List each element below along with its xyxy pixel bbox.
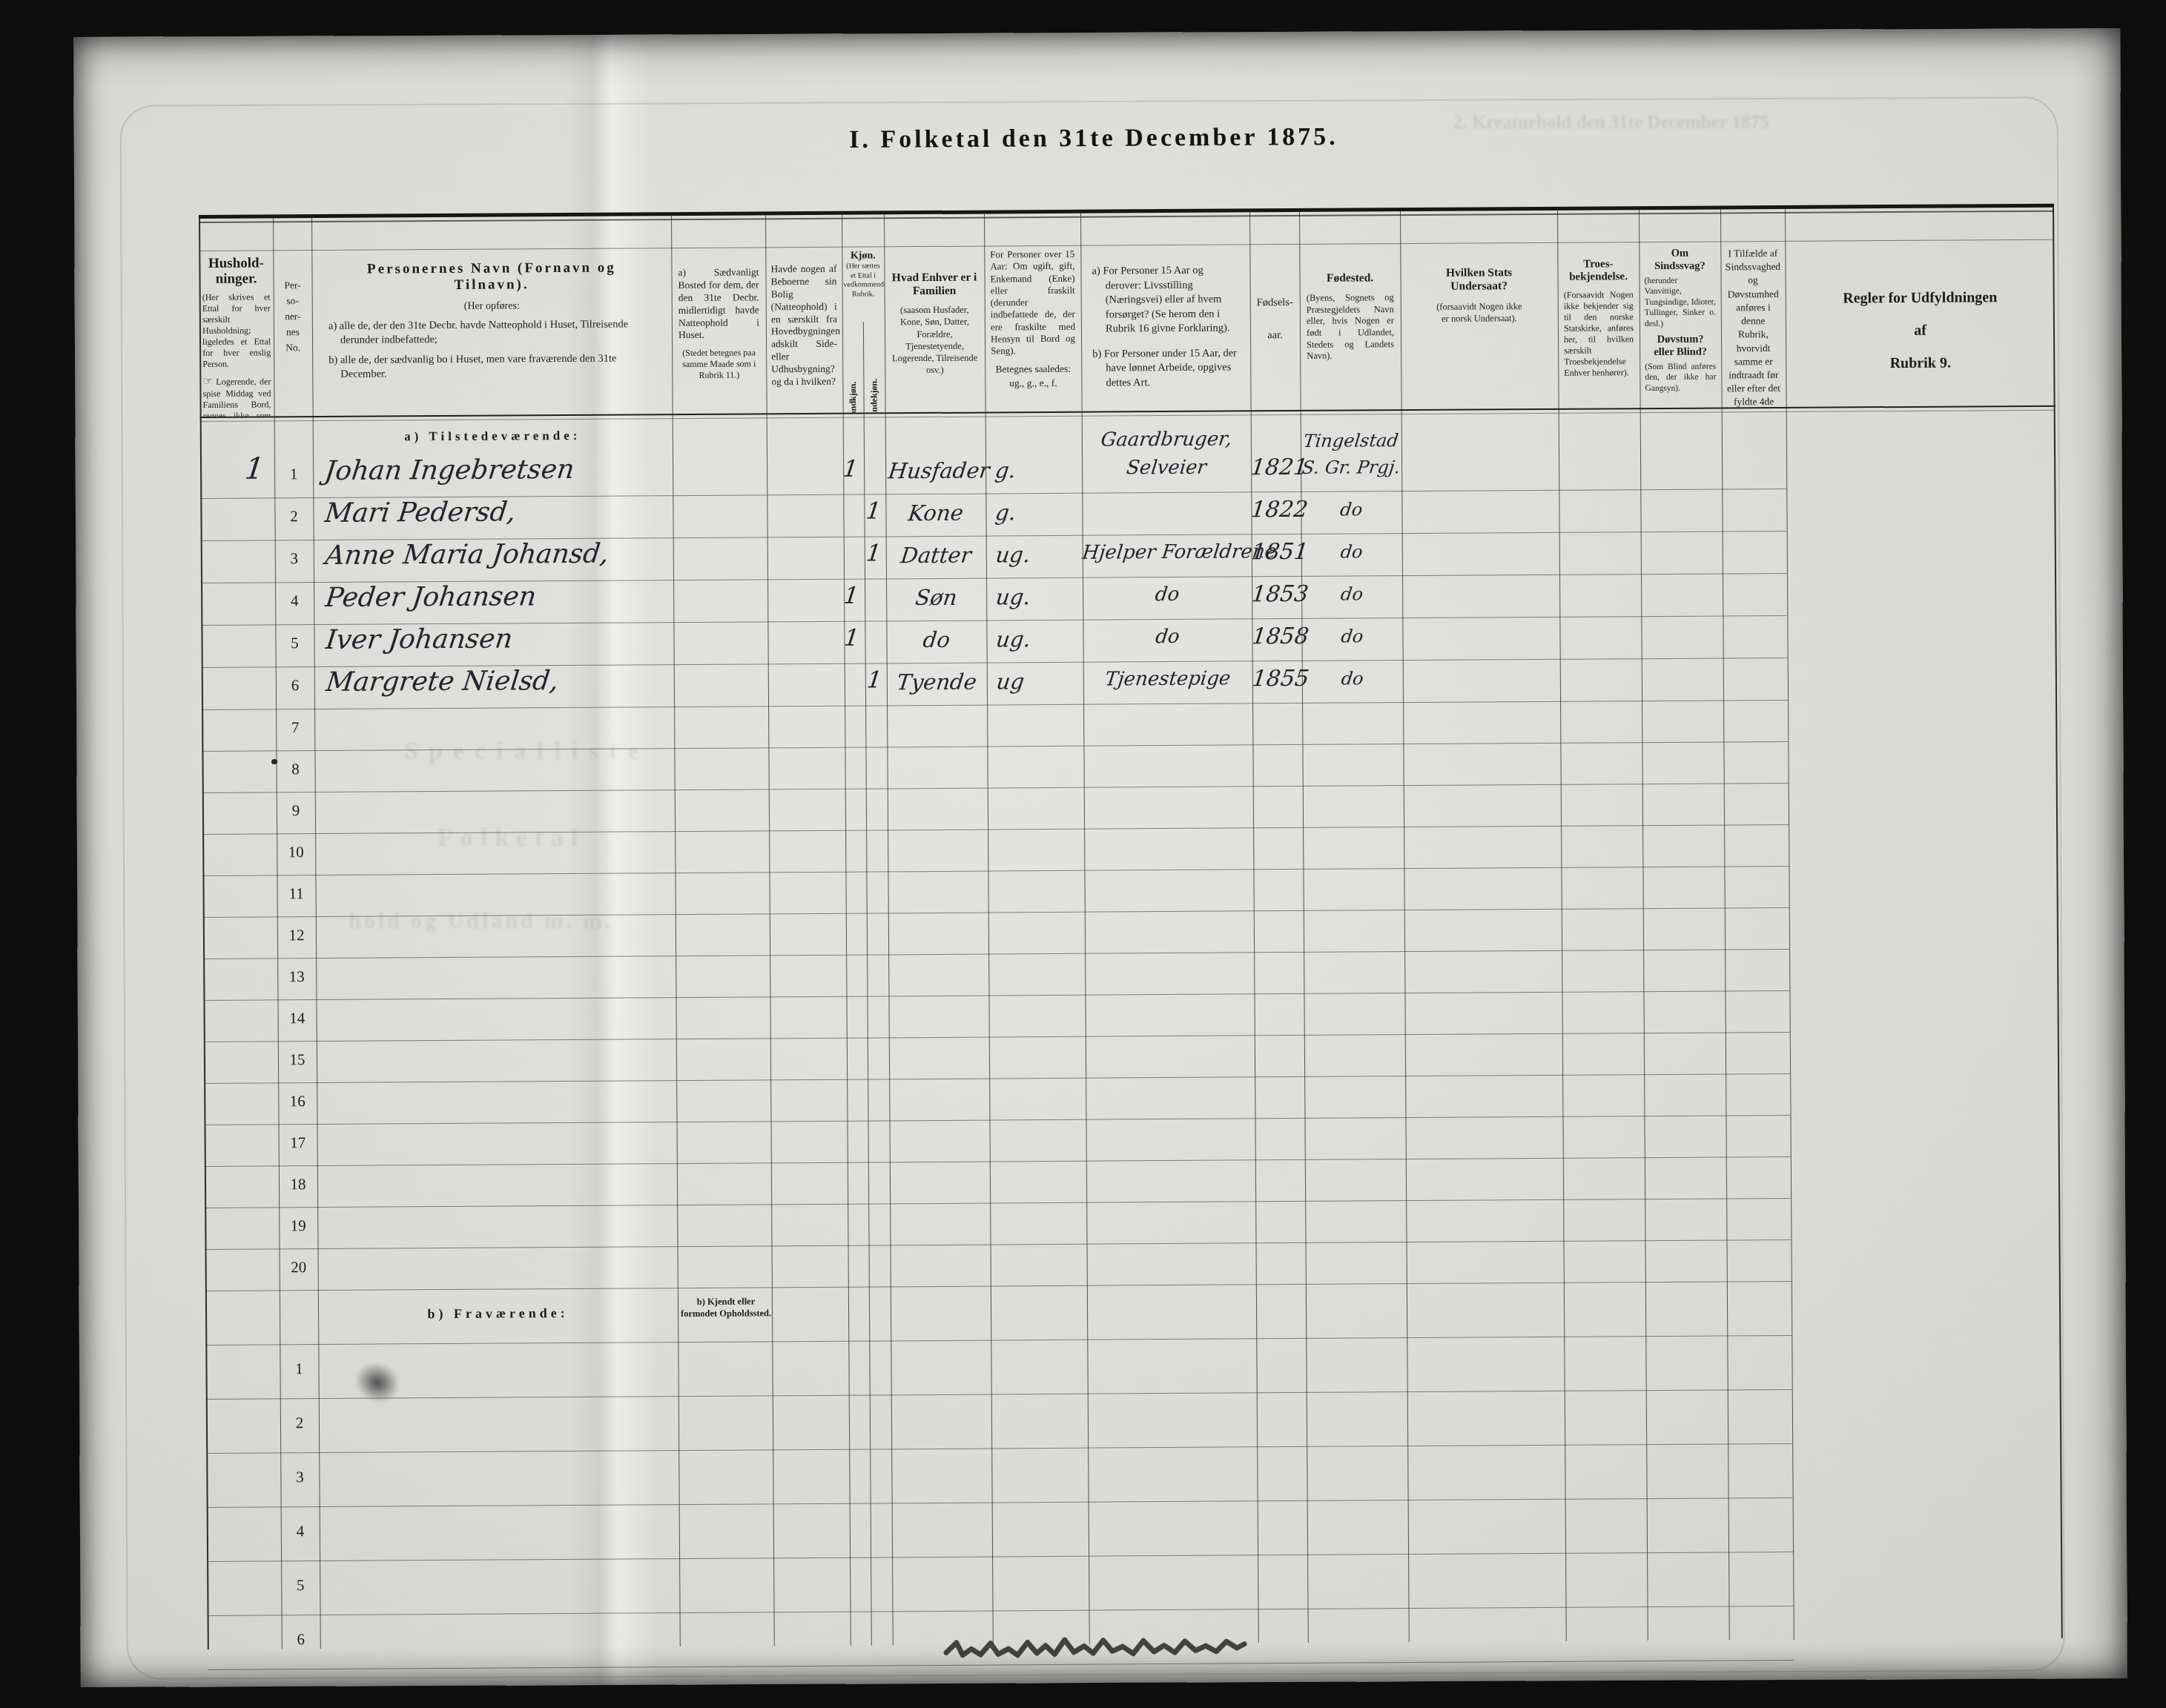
- header-title: Fødested.: [1306, 271, 1393, 285]
- rules-paragraph: [1809, 425, 2015, 426]
- occupation: Tjenestepige: [1082, 667, 1253, 690]
- person-name: Johan Ingebretsen: [323, 454, 576, 486]
- header-item-a: a) For Personer 15 Aar og derover: Livss…: [1092, 263, 1239, 337]
- section-b-band: b) Fraværende: b) Kjendt eller formodet …: [205, 1282, 1792, 1345]
- row-number: 10: [277, 843, 315, 861]
- section-b-note: b) Kjendt eller formodet Opholdssted.: [680, 1295, 772, 1320]
- header-title: Fødsels- aar.: [1250, 287, 1301, 351]
- column-header-households: Hushold- ninger. (Her skrives et Ettal f…: [199, 250, 274, 417]
- row-number: 19: [279, 1217, 317, 1235]
- marital-status: ug.: [994, 542, 1068, 568]
- rules-paragraph: [1809, 423, 2015, 424]
- rules-paragraph: [1809, 425, 2015, 426]
- marital-status: g.: [994, 457, 1067, 483]
- page-title: I. Folketal den 31te December 1875.: [797, 123, 1390, 155]
- empty-row-absent: 4: [207, 1498, 1793, 1562]
- person-name: Peder Johansen: [324, 581, 538, 613]
- rules-paragraph: [1809, 425, 2015, 426]
- section-a-label: a) Tilstedeværende:: [313, 428, 673, 445]
- header-note: (herunder Vanvittige, Tungsindige, Idiot…: [1645, 276, 1716, 329]
- birth-year: 1851: [1250, 539, 1303, 565]
- row-number: 4: [281, 1522, 320, 1540]
- person-name: Mari Pedersd,: [323, 497, 518, 529]
- female-mark: 1: [862, 666, 887, 693]
- row-number: 5: [281, 1576, 320, 1595]
- row-number: 17: [279, 1133, 317, 1152]
- section-b-label: b) Fraværende:: [318, 1305, 678, 1323]
- header-note-text: Logerende, der spise Middag ved Familien…: [202, 376, 271, 417]
- marital-status: g.: [994, 500, 1067, 526]
- empty-row-absent: 2: [206, 1390, 1792, 1454]
- column-header-outbuilding: Havde nogen af Beboerne sin Bolig (Natte…: [765, 247, 842, 414]
- person-name: Anne Maria Johansd,: [323, 539, 610, 571]
- header-title2: Døvstum? eller Blind?: [1645, 333, 1716, 359]
- rules-paragraph: [1809, 425, 2015, 426]
- birth-year: 1855: [1251, 666, 1304, 692]
- header-note: Betegnes saaledes: ug., g., e., f.: [991, 363, 1075, 391]
- header-text: Havde nogen af Beboerne sin Bolig (Natte…: [770, 263, 837, 388]
- column-header-onset-age: I Tilfælde af Sindssvaghed og Døvstumhed…: [1720, 241, 1786, 408]
- empty-row-absent: 1: [205, 1336, 1792, 1400]
- birthplace: do: [1300, 499, 1403, 520]
- row-number: 8: [276, 760, 314, 778]
- birth-year: 1853: [1250, 581, 1303, 607]
- header-text: For Personer over 15 Aar: Om ugift, gift…: [990, 248, 1075, 357]
- column-header-occupation: a) For Personer 15 Aar og derover: Livss…: [1080, 244, 1250, 411]
- marital-status: ug.: [995, 626, 1069, 652]
- female-mark: 1: [862, 540, 886, 566]
- header-note: (Stedet betegnes paa samme Maade som i R…: [678, 348, 759, 382]
- header-note: (Forsaavidt Nogen ikke bekjender sig til…: [1564, 289, 1634, 379]
- column-header-birthplace: Fødested. (Byens, Sognets og Præstegjeld…: [1299, 243, 1401, 410]
- family-position: do: [888, 627, 985, 653]
- column-header-citizenship: Hvilken Stats Undersaat? (forsaavidt Nog…: [1400, 242, 1558, 409]
- row-number: 12: [277, 926, 316, 944]
- column-header-names: Personernes Navn (Fornavn og Tilnavn). (…: [311, 248, 672, 416]
- header-title: Hvilken Stats Undersaat?: [1434, 266, 1523, 294]
- header-item-b: b) For Personer under 15 Aar, der have l…: [1092, 346, 1239, 391]
- header-note: (Her sættes et Ettal i vedkommende Rubri…: [842, 262, 884, 299]
- row-number: 1: [280, 1360, 318, 1378]
- birth-year: 1821: [1249, 454, 1302, 480]
- ink-dot: [271, 759, 277, 764]
- family-position: Husfader: [887, 458, 984, 484]
- family-position: Datter: [888, 543, 985, 569]
- birth-year: 1858: [1250, 623, 1303, 649]
- empty-rows-b: 1 2 3 4 5 6: [205, 1336, 1794, 1670]
- header-title: Hushold- ninger.: [202, 256, 270, 287]
- empty-rows-a: 7 8 9 10 11 12 13 14 15 16: [202, 701, 1792, 1291]
- column-header-marital-status: For Personer over 15 Aar: Om ugift, gift…: [984, 245, 1081, 412]
- male-mark: 1: [839, 583, 863, 609]
- header-note2: (Som Blind anføres den, der ikke har Gan…: [1645, 361, 1716, 394]
- row-number: 1: [274, 465, 313, 483]
- header-note: (Byens, Sognets og Præstegjeldets Navn e…: [1307, 292, 1395, 362]
- subcolumn-male: Mandkjøn.: [842, 360, 864, 413]
- column-header-disabilities: Om Sindssvag? (herunder Vanvittige, Tung…: [1639, 241, 1721, 408]
- row-number: 13: [277, 967, 316, 986]
- occupation: Hjelper Forældrene: [1081, 540, 1252, 563]
- pointing-hand-icon: ☞: [202, 374, 213, 388]
- rules-column: [1786, 411, 2063, 1640]
- person-name: Margrete Nielsd,: [324, 666, 560, 698]
- empty-row-absent: 5: [207, 1552, 1793, 1616]
- header-text: I Tilfælde af Sindssvaghed og Døvstumhed…: [1725, 247, 1781, 407]
- row-number: 6: [276, 676, 314, 695]
- table-body: a) Tilstedeværende: 1 1 Johan Ingebretse…: [200, 412, 1794, 1670]
- row-number: 15: [278, 1050, 317, 1069]
- rules-paragraph: [1809, 425, 2015, 426]
- subcolumn-female: Kvindekjøn.: [863, 359, 885, 412]
- female-mark: 1: [861, 497, 885, 524]
- occupation: do: [1082, 625, 1253, 648]
- birthplace: do: [1301, 668, 1404, 689]
- birthplace: S. Gr. Prgj.: [1299, 457, 1402, 478]
- column-header-birth-year: Fødsels- aar.: [1249, 244, 1300, 410]
- row-number: 2: [274, 507, 313, 526]
- occupation: [1082, 498, 1251, 499]
- family-position: Tyende: [888, 669, 985, 695]
- household-mark: 1: [198, 451, 265, 486]
- row-number: 6: [282, 1630, 320, 1649]
- birthplace: do: [1300, 541, 1403, 563]
- birthplace: do: [1301, 626, 1404, 647]
- census-table: Hushold- ninger. (Her skrives et Ettal f…: [199, 204, 2063, 1649]
- row-number: 16: [278, 1092, 317, 1110]
- rules-paragraph: [1809, 425, 2015, 426]
- birth-year: 1822: [1249, 497, 1302, 523]
- row-number: 14: [278, 1009, 317, 1027]
- occupation: Selveier: [1080, 456, 1252, 479]
- row-number: 7: [276, 718, 314, 737]
- column-header-sex: Kjøn. (Her sættes et Ettal i vedkommende…: [842, 246, 885, 412]
- column-header-person-no: Per- so- ner- nes No.: [273, 250, 312, 416]
- person-rows: 1 1 Johan Ingebretsen 1 Husfader g. Gaar…: [200, 447, 1788, 710]
- header-note: (saasom Husfader, Kone, Søn, Datter, For…: [891, 304, 979, 377]
- row-number: 3: [280, 1468, 319, 1486]
- row-number: 18: [279, 1175, 317, 1194]
- column-header-rules: Regler for Udfyldningen af Rubrik 9.: [1785, 239, 2055, 407]
- row-number: 2: [280, 1414, 319, 1432]
- rules-paragraph: [1809, 425, 2015, 426]
- row-number: 3: [275, 549, 314, 568]
- family-position: Kone: [887, 500, 984, 526]
- rules-paragraph: [1809, 425, 2015, 426]
- birthplace-line1: Tingelstad: [1299, 430, 1402, 451]
- header-title: Per- so- ner- nes No.: [274, 278, 313, 356]
- column-header-family-position: Hvad Enhver er i Familien (saasom Husfad…: [884, 246, 985, 413]
- header-text: a) Sædvanligt Bosted for dem, der den 31…: [678, 266, 759, 342]
- row-number: 4: [275, 592, 314, 610]
- family-position: Søn: [888, 585, 985, 611]
- rules-paragraph: [1809, 425, 2015, 426]
- header-title: Regler for Udfyldningen af Rubrik 9.: [1786, 281, 2056, 380]
- rules-paragraph: [1809, 425, 2015, 426]
- row-number: 11: [277, 884, 316, 903]
- male-mark: 1: [839, 456, 862, 483]
- birthplace: do: [1301, 583, 1404, 605]
- header-note: (forsaavidt Nogen ikke er norsk Undersaa…: [1435, 300, 1524, 325]
- occupation-line1: Gaardbruger,: [1080, 428, 1252, 451]
- header-item-b: b) alle de, der sædvanlig bo i Huset, me…: [328, 351, 656, 381]
- male-mark: 1: [839, 625, 863, 652]
- person-name: Iver Johansen: [324, 623, 514, 655]
- occupation: do: [1081, 583, 1252, 606]
- marital-status: ug: [995, 669, 1069, 695]
- empty-row-absent: 3: [206, 1444, 1792, 1508]
- row-number: 20: [280, 1258, 318, 1277]
- header-title: Kjøn.: [842, 250, 884, 262]
- marital-status: ug.: [994, 584, 1068, 610]
- header-item-a: a) alle de, der den 31te Decbr. havde Na…: [328, 317, 656, 347]
- scanned-census-page: 2. Kreaturhold den 31te December 1875 Sp…: [0, 0, 2166, 1708]
- column-header-usual-residence: a) Sædvanligt Bosted for dem, der den 31…: [671, 247, 766, 414]
- header-note: ☞ Logerende, der spise Middag ved Famili…: [202, 374, 271, 417]
- header-sub: (Her opføres:: [328, 299, 656, 314]
- row-number: 5: [275, 634, 314, 652]
- header-title: Personernes Navn (Fornavn og Tilnavn).: [328, 259, 655, 294]
- row-number: 9: [277, 801, 315, 820]
- header-title: Troes- bekjendelse.: [1563, 258, 1633, 284]
- column-header-religion: Troes- bekjendelse. (Forsaavidt Nogen ik…: [1557, 242, 1640, 408]
- rules-paragraph: [1809, 425, 2015, 426]
- header-note: (Her skrives et Ettal for hver særskilt …: [202, 291, 271, 370]
- header-title: Om Sindssvag?: [1644, 248, 1715, 274]
- header-title: Hvad Enhver er i Familien: [891, 271, 977, 299]
